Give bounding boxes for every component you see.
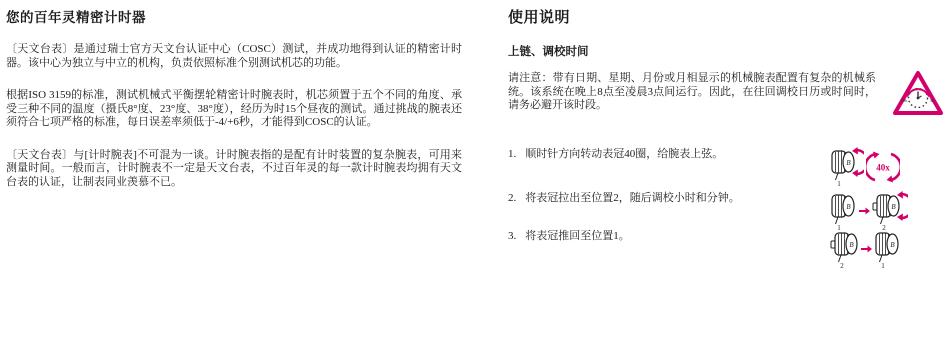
step-2-row: 2. 将表冠拉出至位置2，随后调校小时和分钟。 B 1 [508, 192, 945, 232]
crown-winding-icon: B 1 [830, 146, 864, 188]
crown-position-1-icon: B 1 [874, 228, 901, 270]
step-1-number: 1. [508, 148, 516, 162]
crown-pulled-position-2-icon: B 2 [872, 190, 908, 232]
crown-brand-letter: B [846, 159, 851, 167]
crown-position-label: 2 [840, 262, 844, 270]
crown-pulled-position-2-icon: B 2 [830, 228, 859, 270]
step-2-text: 将表冠拉出至位置2，随后调校小时和分钟。 [525, 192, 740, 206]
crown-position-label: 1 [837, 180, 841, 188]
warning-triangle-clock-icon: 20h 3h [892, 70, 944, 118]
paragraph-cosc-intro: 〔天文台表〕是通过瑞士官方天文台认证中心（COSC）测试，并成功地得到认证的精密… [6, 43, 462, 70]
crown-brand-letter: B [891, 203, 896, 211]
warning-start-hour-label: 20h [901, 98, 909, 103]
step-3-number: 3. [508, 230, 516, 244]
step-3-row: 3. 将表冠推回至位置1。 B 2 [508, 230, 945, 270]
right-column: 使用说明 上链、调校时间 请注意：带有日期、星期、月份或月相显示的机械腕表配置有… [508, 0, 945, 361]
crown-position-label: 1 [881, 262, 885, 270]
rotate-40-times-icon: 40x [866, 151, 900, 183]
step-3-icons: B 2 B 1 [830, 228, 901, 270]
step-1-row: 1. 顺时针方向转动表冠40圈，给腕表上弦。 B 1 [508, 148, 945, 188]
step-3-text: 将表冠推回至位置1。 [525, 230, 630, 244]
winding-section-title: 上链、调校时间 [508, 43, 589, 59]
forty-times-badge: 40x [876, 163, 890, 173]
crown-brand-letter: B [890, 241, 895, 249]
paragraph-iso-standard: 根据ISO 3159的标准，测试机械式平衡摆轮精密计时腕表时，机芯须置于五个不同… [6, 89, 462, 130]
page-title: 您的百年灵精密计时器 [6, 6, 462, 26]
arrow-right-icon [861, 244, 872, 254]
step-1-text: 顺时针方向转动表冠40圈，给腕表上弦。 [525, 148, 723, 162]
warning-time-zone-icon: 20h 3h [892, 70, 944, 118]
arrow-right-icon [859, 206, 870, 216]
paragraph-chronometer-vs-chronograph: 〔天文台表〕与[计时腕表]不可混为一谈。计时腕表指的是配有计时装置的复杂腕表，可… [6, 149, 462, 190]
step-2-icons: B 1 B 2 [830, 190, 908, 232]
step-2-number: 2. [508, 192, 516, 206]
caution-note: 请注意：带有日期、星期、月份或月相显示的机械腕表配置有复杂的机械系统。该系统在晚… [508, 72, 876, 113]
warning-end-hour-label: 3h [930, 98, 935, 103]
step-1-icons: B 1 40x [830, 146, 900, 188]
crown-position-1-icon: B 1 [830, 190, 857, 232]
left-column: 您的百年灵精密计时器 〔天文台表〕是通过瑞士官方天文台认证中心（COSC）测试，… [6, 6, 462, 208]
instructions-title: 使用说明 [508, 6, 570, 27]
manual-page: 您的百年灵精密计时器 〔天文台表〕是通过瑞士官方天文台认证中心（COSC）测试，… [0, 0, 950, 361]
crown-brand-letter: B [846, 203, 851, 211]
crown-brand-letter: B [849, 241, 854, 249]
